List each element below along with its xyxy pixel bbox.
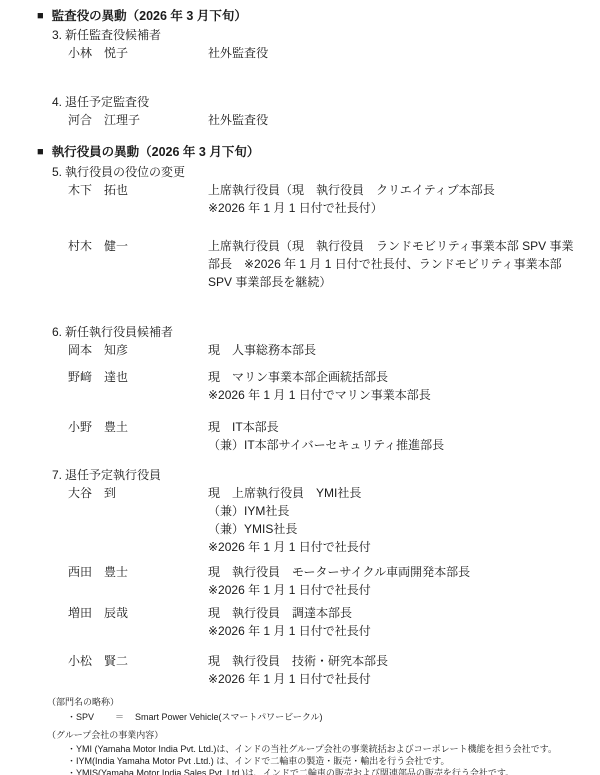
item-number: 4.: [52, 93, 65, 111]
item-7-title: 7. 退任予定執行役員: [52, 466, 600, 484]
item-title-text: 新任監査役候補者: [65, 26, 161, 44]
entry-description-line: 現 マリン事業本部企画統括部長: [208, 368, 600, 386]
section-heading-executives: ■ 執行役員の異動（2026 年 3 月下旬）: [37, 143, 600, 162]
section-heading-auditors: ■ 監査役の異動（2026 年 3 月下旬）: [37, 7, 600, 26]
entry-description: 現 執行役員 調達本部長 ※2026 年 1 月 1 日付で社長付: [208, 604, 600, 640]
entry-name: 西田 豊士: [68, 563, 208, 599]
entry-row: 野﨑 達也 現 マリン事業本部企画統括部長 ※2026 年 1 月 1 日付でマ…: [68, 368, 600, 404]
entry-name: 村木 健一: [68, 237, 208, 291]
entry-name: 岡本 知彦: [68, 341, 208, 359]
item-title-text: 新任執行役員候補者: [65, 323, 173, 341]
item-3-title: 3. 新任監査役候補者: [52, 26, 600, 44]
item-number: 6.: [52, 323, 65, 341]
entry-name: 増田 辰哉: [68, 604, 208, 640]
entry-description-line: 現 執行役員 モーターサイクル車両開発本部長: [208, 563, 600, 581]
section-heading-text: 執行役員の異動（2026 年 3 月下旬）: [52, 143, 260, 162]
item-title-text: 退任予定監査役: [65, 93, 149, 111]
item-number: 5.: [52, 163, 65, 181]
item-5-title: 5. 執行役員の役位の変更: [52, 163, 600, 181]
entry-description-line: 現 執行役員 技術・研究本部長: [208, 652, 600, 670]
entry-description-line: 現 人事総務本部長: [208, 341, 600, 359]
abbreviation-term: ・SPV: [67, 710, 115, 725]
entry-description: 現 人事総務本部長: [208, 341, 600, 359]
entry-row: 河合 江理子 社外監査役: [68, 111, 600, 129]
entry-row: 小野 豊土 現 IT本部長 （兼）IT本部サイバーセキュリティ推進部長: [68, 418, 600, 454]
entry-description-line: ※2026 年 1 月 1 日付で社長付: [208, 581, 600, 599]
abbreviation-row: ・SPV ＝ Smart Power Vehicle(スマートパワービークル): [67, 710, 600, 725]
entry-row: 小松 賢二 現 執行役員 技術・研究本部長 ※2026 年 1 月 1 日付で社…: [68, 652, 600, 688]
entry-description: 上席執行役員（現 執行役員 クリエイティブ本部長 ※2026 年 1 月 1 日…: [208, 181, 600, 217]
entry-description-line: 上席執行役員（現 執行役員 クリエイティブ本部長: [208, 181, 600, 199]
entry-row: 岡本 知彦 現 人事総務本部長: [68, 341, 600, 359]
equals-sign: ＝: [115, 710, 135, 725]
group-company-note: ・IYM(India Yamaha Motor Pvt .Ltd.) は、インド…: [67, 755, 600, 767]
entry-description: 社外監査役: [208, 111, 600, 129]
item-4-title: 4. 退任予定監査役: [52, 93, 600, 111]
entry-description: 上席執行役員（現 執行役員 ランドモビリティ事業本部 SPV 事業 部長 ※20…: [208, 237, 600, 291]
entry-name: 小松 賢二: [68, 652, 208, 688]
entry-description-line: 現 上席執行役員 YMI社長: [208, 484, 600, 502]
entry-description-line: ※2026 年 1 月 1 日付で社長付: [208, 622, 600, 640]
entry-description: 現 IT本部長 （兼）IT本部サイバーセキュリティ推進部長: [208, 418, 600, 454]
section-heading-text: 監査役の異動（2026 年 3 月下旬）: [52, 7, 247, 26]
group-company-note: ・YMI (Yamaha Motor India Pvt. Ltd.)は、インド…: [67, 743, 600, 755]
entry-row: 増田 辰哉 現 執行役員 調達本部長 ※2026 年 1 月 1 日付で社長付: [68, 604, 600, 640]
note-label-abbreviations: （部門名の略称）: [47, 695, 600, 710]
entry-row: 小林 悦子 社外監査役: [68, 44, 600, 62]
entry-name: 小林 悦子: [68, 44, 208, 62]
entry-description-line: ※2026 年 1 月 1 日付でマリン事業本部長: [208, 386, 600, 404]
entry-description: 社外監査役: [208, 44, 600, 62]
entry-description-line: ※2026 年 1 月 1 日付で社長付）: [208, 199, 600, 217]
entry-description-line: 部長 ※2026 年 1 月 1 日付で社長付、ランドモビリティ事業本部: [208, 255, 600, 273]
entry-description-line: （兼）YMIS社長: [208, 520, 600, 538]
group-company-note: ・YMIS(Yamaha Motor India Sales Pvt. Ltd.…: [67, 767, 600, 775]
item-title-text: 退任予定執行役員: [65, 466, 161, 484]
entry-row: 大谷 到 現 上席執行役員 YMI社長 （兼）IYM社長 （兼）YMIS社長 ※…: [68, 484, 600, 556]
item-number: 3.: [52, 26, 65, 44]
entry-description-line: ※2026 年 1 月 1 日付で社長付: [208, 670, 600, 688]
entry-name: 野﨑 達也: [68, 368, 208, 404]
entry-description: 現 執行役員 モーターサイクル車両開発本部長 ※2026 年 1 月 1 日付で…: [208, 563, 600, 599]
item-title-text: 執行役員の役位の変更: [65, 163, 185, 181]
entry-name: 大谷 到: [68, 484, 208, 556]
entry-description-line: （兼）IYM社長: [208, 502, 600, 520]
entry-name: 河合 江理子: [68, 111, 208, 129]
note-label-group-companies: （グループ会社の事業内容）: [47, 728, 600, 743]
entry-description-line: 社外監査役: [208, 44, 600, 62]
entry-description-line: SPV 事業部長を継続）: [208, 273, 600, 291]
item-number: 7.: [52, 466, 65, 484]
abbreviation-definition: Smart Power Vehicle(スマートパワービークル): [135, 710, 323, 725]
square-bullet-icon: ■: [37, 143, 44, 162]
entry-description: 現 執行役員 技術・研究本部長 ※2026 年 1 月 1 日付で社長付: [208, 652, 600, 688]
entry-description-line: 現 IT本部長: [208, 418, 600, 436]
item-6-title: 6. 新任執行役員候補者: [52, 323, 600, 341]
entry-description: 現 マリン事業本部企画統括部長 ※2026 年 1 月 1 日付でマリン事業本部…: [208, 368, 600, 404]
entry-row: 西田 豊士 現 執行役員 モーターサイクル車両開発本部長 ※2026 年 1 月…: [68, 563, 600, 599]
personnel-announcement-document: ■ 監査役の異動（2026 年 3 月下旬） 3. 新任監査役候補者 小林 悦子…: [0, 0, 600, 775]
entry-name: 小野 豊土: [68, 418, 208, 454]
entry-description-line: ※2026 年 1 月 1 日付で社長付: [208, 538, 600, 556]
entry-name: 木下 拓也: [68, 181, 208, 217]
entry-description-line: （兼）IT本部サイバーセキュリティ推進部長: [208, 436, 600, 454]
entry-description-line: 社外監査役: [208, 111, 600, 129]
entry-description-line: 現 執行役員 調達本部長: [208, 604, 600, 622]
entry-description-line: 上席執行役員（現 執行役員 ランドモビリティ事業本部 SPV 事業: [208, 237, 600, 255]
entry-description: 現 上席執行役員 YMI社長 （兼）IYM社長 （兼）YMIS社長 ※2026 …: [208, 484, 600, 556]
entry-row: 木下 拓也 上席執行役員（現 執行役員 クリエイティブ本部長 ※2026 年 1…: [68, 181, 600, 217]
square-bullet-icon: ■: [37, 7, 44, 26]
entry-row: 村木 健一 上席執行役員（現 執行役員 ランドモビリティ事業本部 SPV 事業 …: [68, 237, 600, 291]
